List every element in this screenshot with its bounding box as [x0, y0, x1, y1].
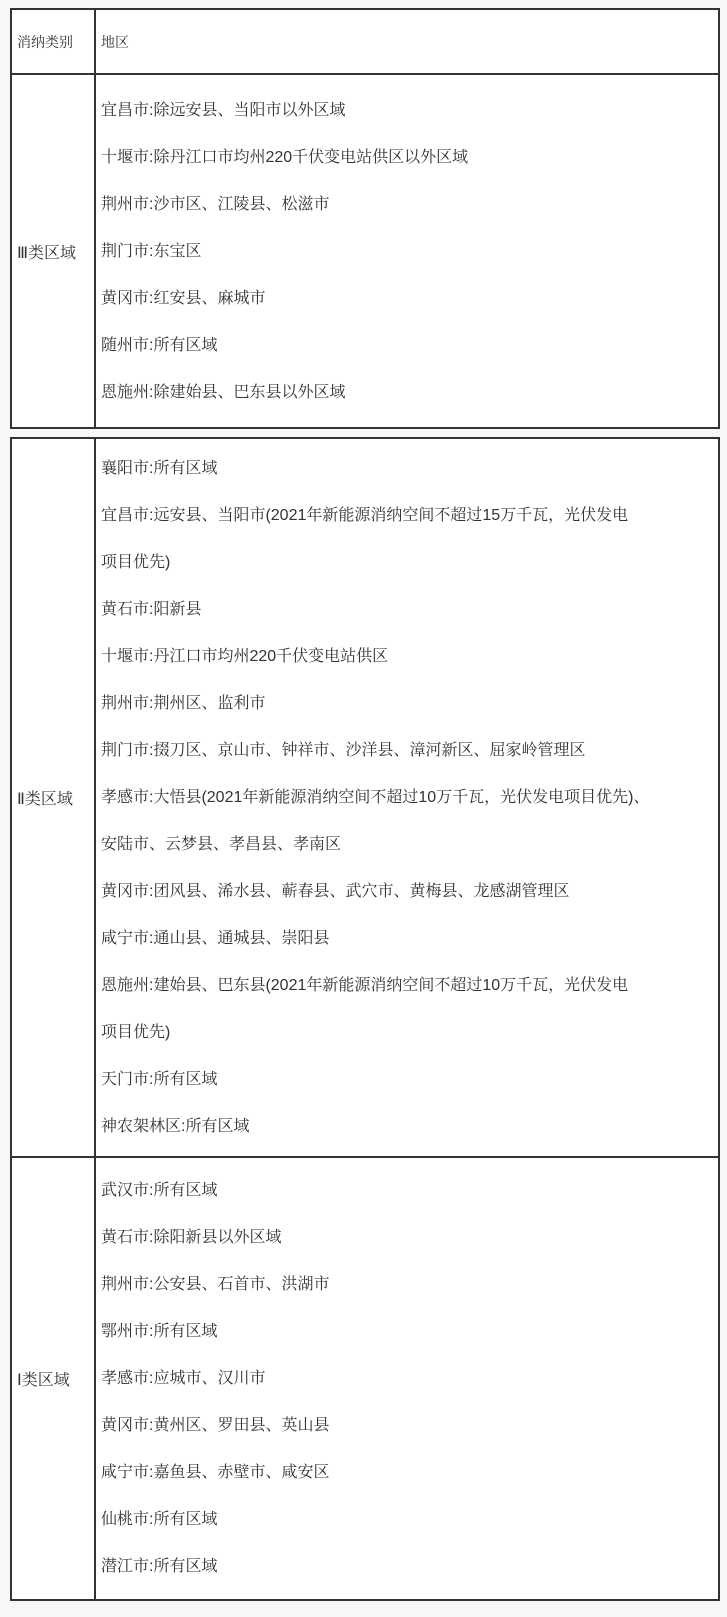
- region-line: 荆州市:公安县、石首市、洪湖市: [101, 1261, 718, 1308]
- region-line: 黄石市:阳新县: [101, 586, 718, 633]
- region-line: 项目优先): [101, 539, 718, 586]
- region-line: 荆门市:东宝区: [101, 228, 718, 275]
- region-line: 安陆市、云梦县、孝昌县、孝南区: [101, 821, 718, 868]
- region-line: 十堰市:除丹江口市均州220千伏变电站供区以外区域: [101, 134, 718, 181]
- region-line: 恩施州:除建始县、巴东县以外区域: [101, 369, 718, 416]
- category-label-class1: Ⅰ类区域: [11, 1157, 95, 1600]
- category-table-bottom: Ⅱ类区域 襄阳市:所有区域 宜昌市:远安县、当阳市(2021年新能源消纳空间不超…: [10, 437, 720, 1601]
- region-line: 武汉市:所有区域: [101, 1167, 718, 1214]
- region-line: 潜江市:所有区域: [101, 1543, 718, 1590]
- category-label-class2: Ⅱ类区域: [11, 438, 95, 1157]
- region-line: 荆州市:荆州区、监利市: [101, 680, 718, 727]
- region-line: 随州市:所有区域: [101, 322, 718, 369]
- region-line: 恩施州:建始县、巴东县(2021年新能源消纳空间不超过10万千瓦，光伏发电: [101, 962, 718, 1009]
- region-cell-class2: 襄阳市:所有区域 宜昌市:远安县、当阳市(2021年新能源消纳空间不超过15万千…: [95, 438, 719, 1157]
- category-table-top: 消纳类别 地区 Ⅲ类区域 宜昌市:除远安县、当阳市以外区域 十堰市:除丹江口市均…: [10, 8, 720, 429]
- region-line: 孝感市:应城市、汉川市: [101, 1355, 718, 1402]
- region-line: 黄冈市:红安县、麻城市: [101, 275, 718, 322]
- region-line: 荆州市:沙市区、江陵县、松滋市: [101, 181, 718, 228]
- page: 消纳类别 地区 Ⅲ类区域 宜昌市:除远安县、当阳市以外区域 十堰市:除丹江口市均…: [0, 0, 727, 1601]
- region-line: 黄冈市:团风县、浠水县、蕲春县、武穴市、黄梅县、龙感湖管理区: [101, 868, 718, 915]
- region-line: 荆门市:掇刀区、京山市、钟祥市、沙洋县、漳河新区、屈家岭管理区: [101, 727, 718, 774]
- region-line: 咸宁市:嘉鱼县、赤壁市、咸安区: [101, 1449, 718, 1496]
- region-line: 孝感市:大悟县(2021年新能源消纳空间不超过10万千瓦，光伏发电项目优先)、: [101, 774, 718, 821]
- region-line: 鄂州市:所有区域: [101, 1308, 718, 1355]
- category-label-class3: Ⅲ类区域: [11, 74, 95, 428]
- region-line: 天门市:所有区域: [101, 1056, 718, 1103]
- region-line: 咸宁市:通山县、通城县、崇阳县: [101, 915, 718, 962]
- region-line: 黄石市:除阳新县以外区域: [101, 1214, 718, 1261]
- column-header-region: 地区: [95, 9, 719, 74]
- region-line: 黄冈市:黄州区、罗田县、英山县: [101, 1402, 718, 1449]
- table-header-row: 消纳类别 地区: [11, 9, 719, 74]
- region-line: 十堰市:丹江口市均州220千伏变电站供区: [101, 633, 718, 680]
- region-line: 项目优先): [101, 1009, 718, 1056]
- table-row-class1: Ⅰ类区域 武汉市:所有区域 黄石市:除阳新县以外区域 荆州市:公安县、石首市、洪…: [11, 1157, 719, 1600]
- region-line: 宜昌市:除远安县、当阳市以外区域: [101, 87, 718, 134]
- region-cell-class1: 武汉市:所有区域 黄石市:除阳新县以外区域 荆州市:公安县、石首市、洪湖市 鄂州…: [95, 1157, 719, 1600]
- table-row-class2: Ⅱ类区域 襄阳市:所有区域 宜昌市:远安县、当阳市(2021年新能源消纳空间不超…: [11, 438, 719, 1157]
- region-line: 仙桃市:所有区域: [101, 1496, 718, 1543]
- region-line: 襄阳市:所有区域: [101, 445, 718, 492]
- region-line: 神农架林区:所有区域: [101, 1103, 718, 1150]
- region-line: 宜昌市:远安县、当阳市(2021年新能源消纳空间不超过15万千瓦，光伏发电: [101, 492, 718, 539]
- column-header-category: 消纳类别: [11, 9, 95, 74]
- region-cell-class3: 宜昌市:除远安县、当阳市以外区域 十堰市:除丹江口市均州220千伏变电站供区以外…: [95, 74, 719, 428]
- table-row-class3: Ⅲ类区域 宜昌市:除远安县、当阳市以外区域 十堰市:除丹江口市均州220千伏变电…: [11, 74, 719, 428]
